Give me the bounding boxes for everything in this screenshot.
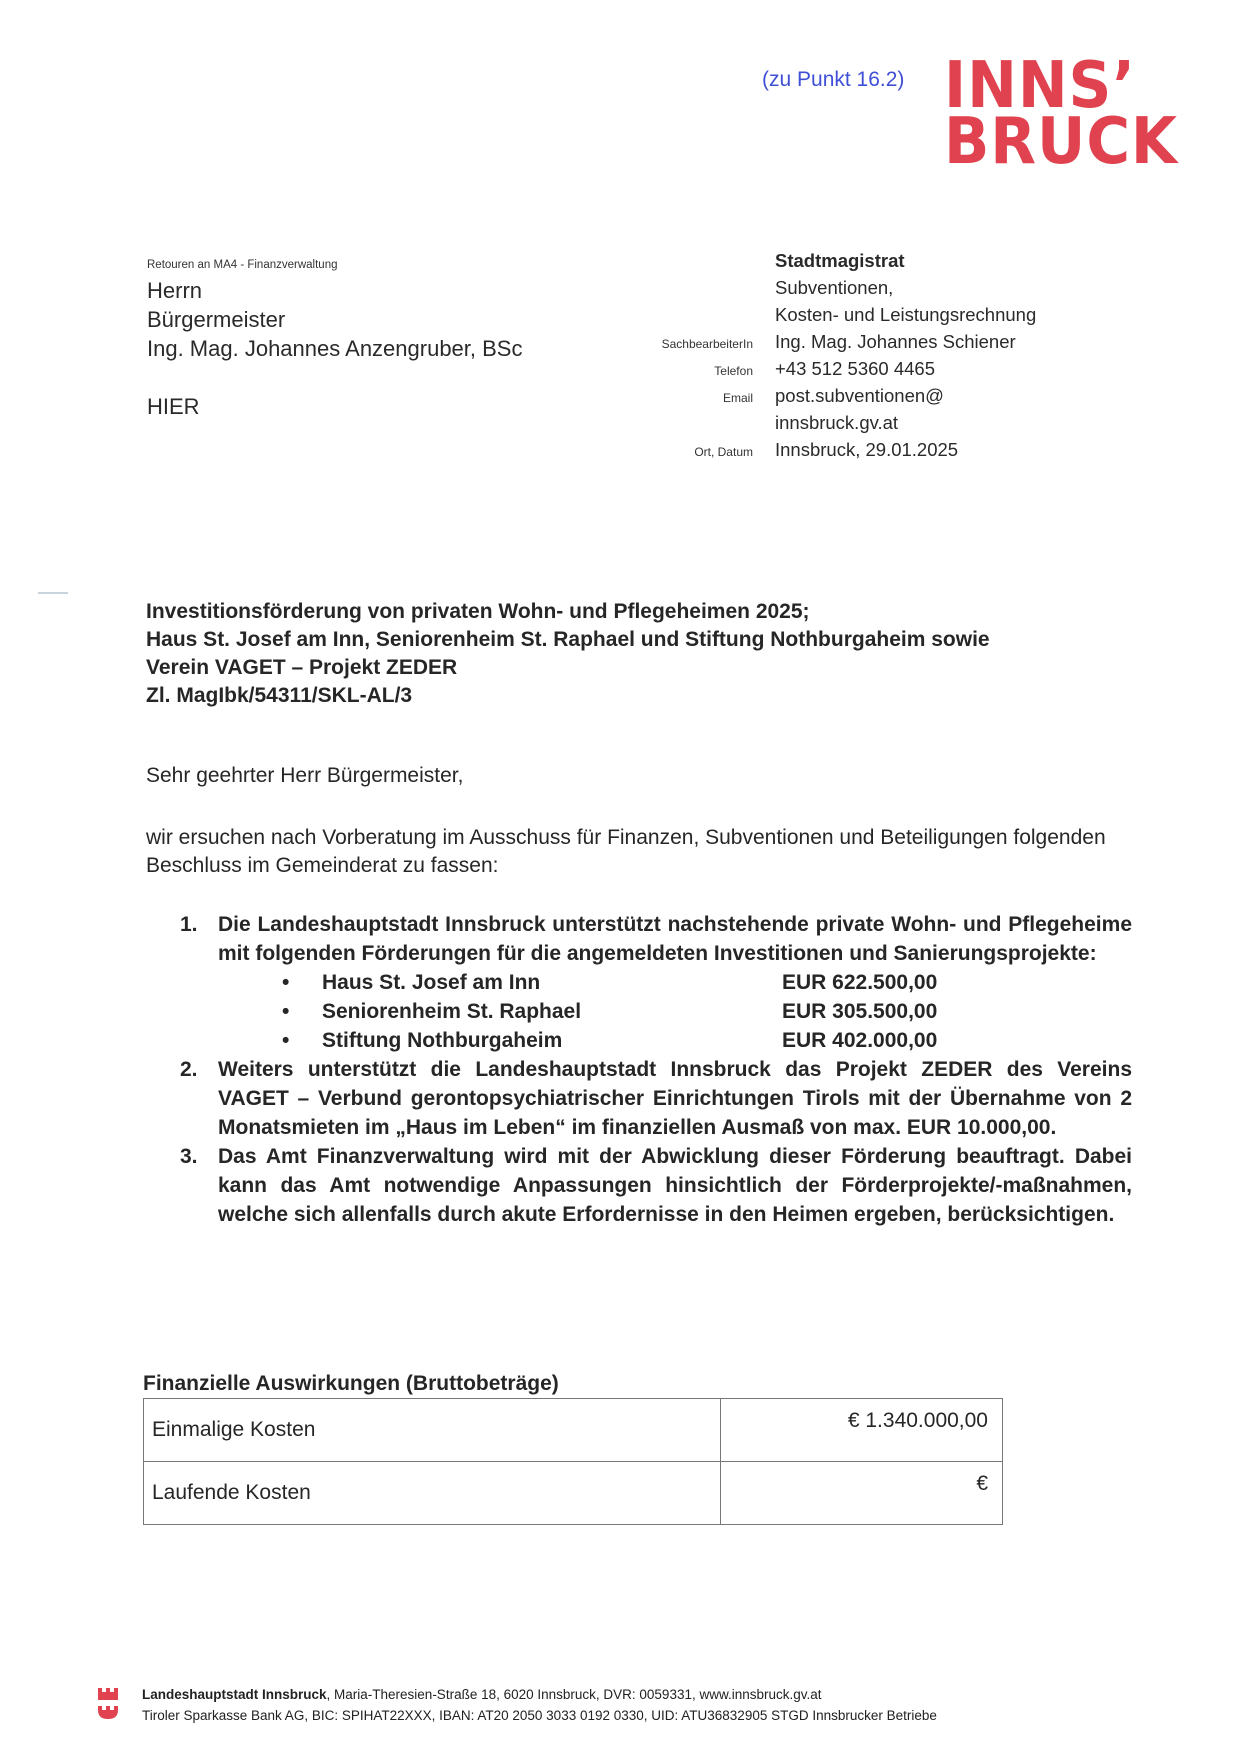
bullet-icon: • <box>218 968 322 997</box>
cost-value: € <box>721 1462 1003 1525</box>
logo-line-2: BRUCK <box>944 114 1178 170</box>
email-label: Email <box>600 391 775 405</box>
table-row: Laufende Kosten € <box>144 1462 1003 1525</box>
place-date: Innsbruck, 29.01.2025 <box>775 439 958 461</box>
recipient-name: Ing. Mag. Johannes Anzengruber, BSc <box>147 334 522 363</box>
table-row: Einmalige Kosten € 1.340.000,00 <box>144 1399 1003 1462</box>
return-address-line: Retouren an MA4 - Finanzverwaltung <box>147 259 338 271</box>
bullet-icon: • <box>218 997 322 1026</box>
subsidy-item: • Seniorenheim St. Raphael EUR 305.500,0… <box>218 997 1132 1026</box>
letter-salutation: Sehr geehrter Herr Bürgermeister, <box>146 764 463 788</box>
footer-line-1: Landeshauptstadt Innsbruck, Maria-Theres… <box>142 1684 937 1705</box>
clerk-label: SachbearbeiterIn <box>600 337 775 351</box>
fold-mark <box>38 592 68 594</box>
file-reference: Zl. MagIbk/54311/SKL-AL/3 <box>146 682 990 710</box>
cost-value: € 1.340.000,00 <box>721 1399 1003 1462</box>
resolution-text-3: Das Amt Finanzverwaltung wird mit der Ab… <box>218 1142 1132 1229</box>
financial-impact-title: Finanzielle Auswirkungen (Bruttobeträge) <box>143 1372 559 1396</box>
phone-number: +43 512 5360 4465 <box>775 358 935 380</box>
financial-impact-table: Einmalige Kosten € 1.340.000,00 Laufende… <box>143 1398 1003 1525</box>
intro-paragraph: wir ersuchen nach Vorberatung im Ausschu… <box>146 824 1136 880</box>
recipient-address: Herrn Bürgermeister Ing. Mag. Johannes A… <box>147 276 522 421</box>
footer: Landeshauptstadt Innsbruck, Maria-Theres… <box>142 1684 937 1726</box>
footer-org-name: Landeshauptstadt Innsbruck <box>142 1687 327 1702</box>
sender-office: Stadtmagistrat <box>775 250 905 272</box>
footer-line-2: Tiroler Sparkasse Bank AG, BIC: SPIHAT22… <box>142 1705 937 1726</box>
recipient-location: HIER <box>147 392 522 421</box>
resolution-item-2: 2. Weiters unterstützt die Landeshauptst… <box>180 1055 1132 1142</box>
resolution-item-1: 1. Die Landeshauptstadt Innsbruck unters… <box>180 910 1132 1055</box>
email-line-2: innsbruck.gv.at <box>775 412 898 434</box>
subject-line-2: Haus St. Josef am Inn, Seniorenheim St. … <box>146 626 990 654</box>
sender-department-line1: Subventionen, <box>775 277 893 299</box>
recipient-salutation: Herrn <box>147 276 522 305</box>
cost-label: Laufende Kosten <box>144 1462 721 1525</box>
city-crest-icon <box>97 1686 119 1720</box>
bullet-icon: • <box>218 1026 322 1055</box>
resolution-list: 1. Die Landeshauptstadt Innsbruck unters… <box>180 910 1132 1229</box>
recipient-title: Bürgermeister <box>147 305 522 334</box>
innsbruck-logo: INNS’ BRUCK <box>944 58 1178 170</box>
resolution-item-3: 3. Das Amt Finanzverwaltung wird mit der… <box>180 1142 1132 1229</box>
subsidy-list: • Haus St. Josef am Inn EUR 622.500,00 •… <box>218 968 1132 1055</box>
subject-block: Investitionsförderung von privaten Wohn-… <box>146 598 990 710</box>
phone-label: Telefon <box>600 364 775 378</box>
resolution-text-2: Weiters unterstützt die Landeshauptstadt… <box>218 1055 1132 1142</box>
clerk-name: Ing. Mag. Johannes Schiener <box>775 331 1016 353</box>
sender-department-line2: Kosten- und Leistungsrechnung <box>775 304 1036 326</box>
subject-line-1: Investitionsförderung von privaten Wohn-… <box>146 598 990 626</box>
place-date-label: Ort, Datum <box>600 445 775 459</box>
email-line-1: post.subventionen@ <box>775 385 944 407</box>
subsidy-item: • Stiftung Nothburgaheim EUR 402.000,00 <box>218 1026 1132 1055</box>
subsidy-item: • Haus St. Josef am Inn EUR 622.500,00 <box>218 968 1132 997</box>
subject-line-3: Verein VAGET – Projekt ZEDER <box>146 654 990 682</box>
sender-block: Stadtmagistrat Subventionen, Kosten- und… <box>600 250 1120 466</box>
cost-label: Einmalige Kosten <box>144 1399 721 1462</box>
resolution-text-1: Die Landeshauptstadt Innsbruck unterstüt… <box>218 913 1132 965</box>
agenda-reference-note: (zu Punkt 16.2) <box>762 68 904 92</box>
footer-address: , Maria-Theresien-Straße 18, 6020 Innsbr… <box>327 1687 822 1702</box>
